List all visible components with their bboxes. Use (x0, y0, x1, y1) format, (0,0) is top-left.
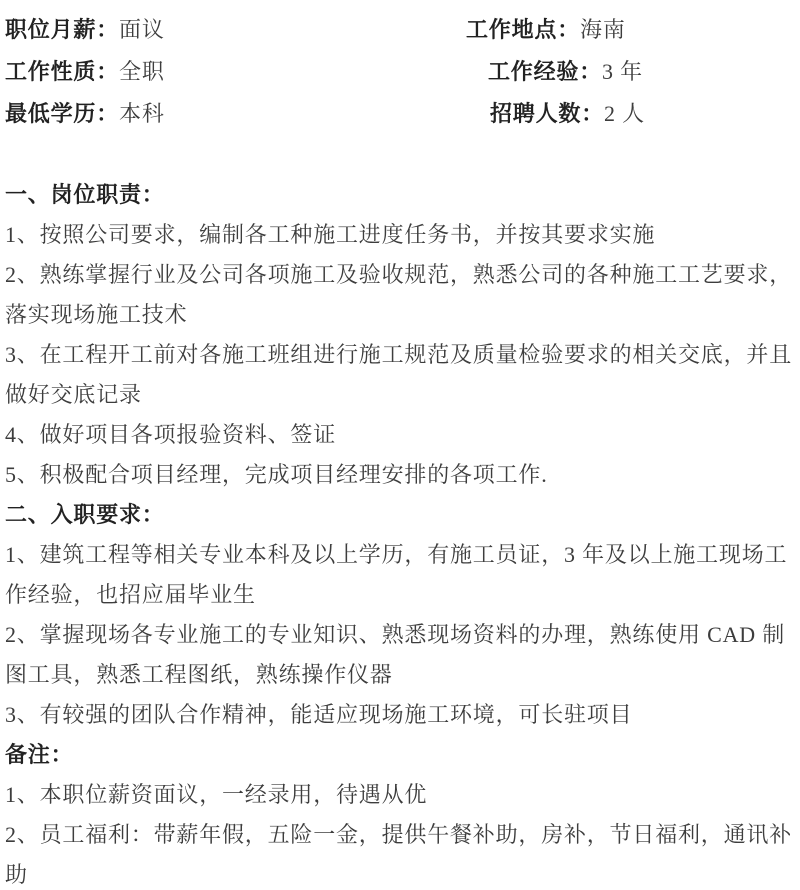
info-headcount: 招聘人数：2 人 (490, 93, 645, 135)
duty-item-3: 3、在工程开工前对各施工班组进行施工规范及质量检验要求的相关交底，并且做好交底记… (0, 335, 800, 415)
salary-label: 职位月薪： (5, 17, 119, 42)
headcount-label: 招聘人数： (490, 101, 604, 126)
info-salary: 职位月薪：面议 (0, 17, 165, 42)
note-item-1: 1、本职位薪资面议，一经录用，待遇从优 (0, 775, 800, 815)
job-type-value: 全职 (119, 59, 165, 84)
info-education: 最低学历：本科 (0, 101, 165, 126)
requirement-item-1: 1、建筑工程等相关专业本科及以上学历，有施工员证，3 年及以上施工现场工作经验，… (0, 535, 800, 615)
info-row-education-headcount: 最低学历：本科 招聘人数：2 人 (0, 93, 800, 135)
duty-item-1: 1、按照公司要求，编制各工种施工进度任务书，并按其要求实施 (0, 215, 800, 255)
info-location: 工作地点：海南 (466, 9, 626, 51)
job-type-label: 工作性质： (5, 59, 119, 84)
duty-item-2: 2、熟练掌握行业及公司各项施工及验收规范，熟悉公司的各种施工工艺要求，落实现场施… (0, 255, 800, 335)
section-heading-requirements: 二、入职要求： (0, 495, 800, 535)
experience-label: 工作经验： (488, 59, 602, 84)
education-label: 最低学历： (5, 101, 119, 126)
education-value: 本科 (119, 101, 165, 126)
job-description-page: 职位月薪：面议 工作地点：海南 工作性质：全职 工作经验：3 年 最低学历：本科… (0, 0, 800, 890)
duty-item-5: 5、积极配合项目经理，完成项目经理安排的各项工作. (0, 455, 800, 495)
section-heading-notes: 备注： (0, 735, 800, 775)
blank-line-spacer (0, 135, 800, 175)
note-item-2: 2、员工福利：带薪年假，五险一金，提供午餐补助，房补，节日福利，通讯补助 (0, 815, 800, 890)
info-row-jobtype-experience: 工作性质：全职 工作经验：3 年 (0, 51, 800, 93)
section-heading-duties: 一、岗位职责： (0, 175, 800, 215)
headcount-value: 2 人 (604, 101, 645, 126)
info-row-salary-location: 职位月薪：面议 工作地点：海南 (0, 9, 800, 51)
info-experience: 工作经验：3 年 (488, 51, 643, 93)
location-label: 工作地点： (466, 17, 580, 42)
location-value: 海南 (580, 17, 626, 42)
job-description-body: 一、岗位职责： 1、按照公司要求，编制各工种施工进度任务书，并按其要求实施 2、… (0, 175, 800, 890)
info-job-type: 工作性质：全职 (0, 59, 165, 84)
job-info-grid: 职位月薪：面议 工作地点：海南 工作性质：全职 工作经验：3 年 最低学历：本科… (0, 0, 800, 135)
salary-value: 面议 (119, 17, 165, 42)
requirement-item-3: 3、有较强的团队合作精神，能适应现场施工环境，可长驻项目 (0, 695, 800, 735)
requirement-item-2: 2、掌握现场各专业施工的专业知识、熟悉现场资料的办理，熟练使用 CAD 制图工具… (0, 615, 800, 695)
duty-item-4: 4、做好项目各项报验资料、签证 (0, 415, 800, 455)
experience-value: 3 年 (602, 59, 643, 84)
